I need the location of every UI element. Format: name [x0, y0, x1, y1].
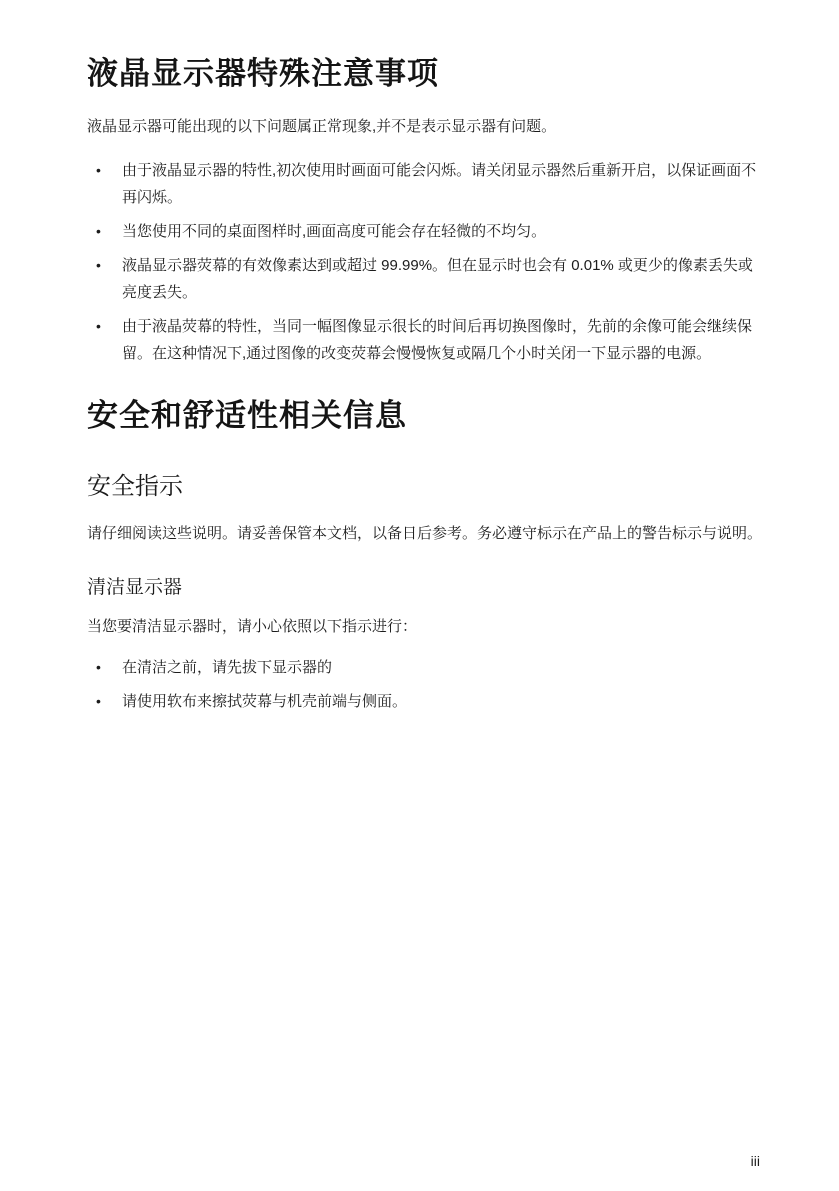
bullet-marker: •: [87, 688, 122, 715]
bullet-marker: •: [87, 157, 122, 184]
bullet-text: 由于液晶显示器的特性,初次使用时画面可能会闪烁。请关闭显示器然后重新开启，以保证…: [122, 157, 763, 211]
lcd-notes-title: 液晶显示器特殊注意事项: [87, 55, 763, 94]
list-item: • 由于液晶显示器的特性,初次使用时画面可能会闪烁。请关闭显示器然后重新开启，以…: [87, 157, 763, 211]
lcd-notes-intro: 液晶显示器可能出现的以下问题属正常现象,并不是表示显示器有问题。: [87, 113, 763, 140]
safety-info-title: 安全和舒适性相关信息: [87, 397, 763, 436]
safety-instructions-body: 请仔细阅读这些说明。请妥善保管本文档，以备日后参考。务必遵守标示在产品上的警告标…: [87, 520, 763, 547]
document-page: 液晶显示器特殊注意事项 液晶显示器可能出现的以下问题属正常现象,并不是表示显示器…: [0, 0, 839, 1191]
cleaning-body: 当您要清洁显示器时，请小心依照以下指示进行：: [87, 613, 763, 640]
cleaning-bullet-list: • 在清洁之前，请先拔下显示器的 • 请使用软布来擦拭荧幕与机壳前端与侧面。: [87, 654, 763, 715]
list-item: • 请使用软布来擦拭荧幕与机壳前端与侧面。: [87, 688, 763, 715]
bullet-marker: •: [87, 252, 122, 279]
cleaning-title: 清洁显示器: [87, 577, 763, 600]
safety-instructions-title: 安全指示: [87, 473, 763, 502]
page-number: iii: [751, 1153, 760, 1169]
page-content: 液晶显示器特殊注意事项 液晶显示器可能出现的以下问题属正常现象,并不是表示显示器…: [87, 55, 763, 722]
bullet-text: 液晶显示器荧幕的有效像素达到或超过 99.99%。但在显示时也会有 0.01% …: [122, 252, 763, 306]
bullet-marker: •: [87, 218, 122, 245]
bullet-text: 当您使用不同的桌面图样时,画面高度可能会存在轻微的不均匀。: [122, 218, 763, 245]
list-item: • 由于液晶荧幕的特性，当同一幅图像显示很长的时间后再切换图像时，先前的余像可能…: [87, 313, 763, 367]
list-item: • 当您使用不同的桌面图样时,画面高度可能会存在轻微的不均匀。: [87, 218, 763, 245]
list-item: • 在清洁之前，请先拔下显示器的: [87, 654, 763, 681]
bullet-marker: •: [87, 313, 122, 340]
bullet-text: 由于液晶荧幕的特性，当同一幅图像显示很长的时间后再切换图像时，先前的余像可能会继…: [122, 313, 763, 367]
bullet-text: 请使用软布来擦拭荧幕与机壳前端与侧面。: [122, 688, 763, 715]
bullet-marker: •: [87, 654, 122, 681]
bullet-text: 在清洁之前，请先拔下显示器的: [122, 654, 763, 681]
lcd-notes-bullet-list: • 由于液晶显示器的特性,初次使用时画面可能会闪烁。请关闭显示器然后重新开启，以…: [87, 157, 763, 367]
list-item: • 液晶显示器荧幕的有效像素达到或超过 99.99%。但在显示时也会有 0.01…: [87, 252, 763, 306]
